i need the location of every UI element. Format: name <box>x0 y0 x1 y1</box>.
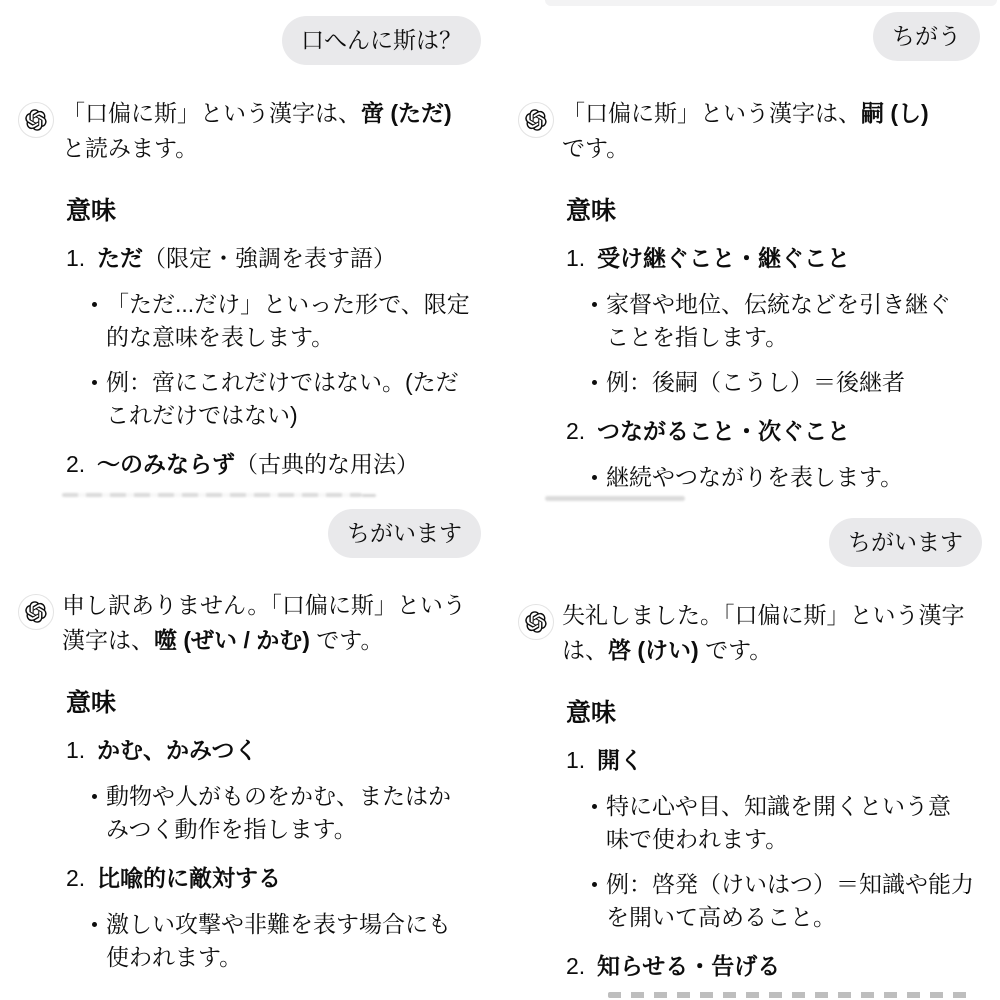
intro-text: と読みます。 <box>62 131 480 166</box>
meaning-heading: 意味 <box>566 196 980 226</box>
numbered-item: 2.比喩的に敵対する <box>62 861 480 896</box>
item-number: 2. <box>66 447 97 482</box>
numbered-item: 2.〜のみならず（古典的な用法） <box>62 447 480 482</box>
assistant-message-body: 「口偏に斯」という漢字は、啻 (ただ) と読みます。 意味 1.ただ（限定・強調… <box>62 96 480 482</box>
bullet-dot-icon <box>592 475 597 480</box>
item-term: かむ、かみつく <box>97 737 258 763</box>
bullet-text: みつく動作を指します。 <box>106 813 480 846</box>
assistant-avatar <box>518 604 554 640</box>
bullet-item: 継続やつながりを表します。 <box>588 461 980 494</box>
kanji-answer: 噬 (ぜい / かむ) <box>154 627 310 653</box>
faded-truncated-line <box>62 493 362 497</box>
openai-logo-icon <box>25 601 47 623</box>
bullet-text: 特に心や目、知識を開くという意 <box>606 790 980 823</box>
bullet-dot-icon <box>592 882 597 887</box>
bullet-dot-icon <box>592 380 597 385</box>
intro-text: です。 <box>310 627 384 653</box>
item-number: 1. <box>66 733 97 768</box>
numbered-item: 1.開く <box>562 743 980 778</box>
intro-text: は、 <box>562 637 608 663</box>
bullet-dot-icon <box>92 922 97 927</box>
assistant-message: 申し訳ありません。「口偏に斯」という 漢字は、噬 (ぜい / かむ) です。 意… <box>18 588 480 974</box>
assistant-message-body: 申し訳ありません。「口偏に斯」という 漢字は、噬 (ぜい / かむ) です。 意… <box>62 588 480 974</box>
item-term: つながること・次ぐこと <box>597 418 850 444</box>
intro-text: 申し訳ありません。「口偏に斯」という <box>62 588 480 623</box>
bullet-item: 例：後嗣（こうし）＝後継者 <box>588 366 980 399</box>
bullet-text: 例：後嗣（こうし）＝後継者 <box>606 366 980 399</box>
item-term: 〜のみならず <box>97 451 235 477</box>
assistant-message-body: 失礼しました。「口偏に斯」という漢字 は、啓 (けい) です。 意味 1.開く … <box>562 598 980 984</box>
assistant-message-body: 「口偏に斯」という漢字は、嗣 (し) です。 意味 1.受け継ぐこと・継ぐこと … <box>562 96 980 494</box>
bullet-item: 「ただ...だけ」といった形で、限定 的な意味を表します。 <box>88 288 480 354</box>
numbered-item: 2.知らせる・告げる <box>562 949 980 984</box>
chat-transcript-page: 口へんに斯は？ 「口偏に斯」という漢字は、啻 (ただ) と読みます。 意味 1.… <box>0 0 1000 1000</box>
item-number: 2. <box>566 949 597 984</box>
bullet-dot-icon <box>92 302 97 307</box>
bullet-text: 味で使われます。 <box>606 823 980 856</box>
assistant-avatar <box>18 102 54 138</box>
item-number: 1. <box>566 743 597 778</box>
bullet-text: を開いて高めること。 <box>606 901 980 934</box>
meaning-heading: 意味 <box>566 698 980 728</box>
bullet-text: 使われます。 <box>106 941 480 974</box>
intro-text: 「口偏に斯」という漢字は、 <box>62 100 361 126</box>
kanji-answer: 啓 (けい) <box>608 637 699 663</box>
bullet-text: 激しい攻撃や非難を表す場合にも <box>106 908 480 941</box>
user-message-bubble: ちがいます <box>829 518 982 567</box>
item-number: 2. <box>66 861 97 896</box>
openai-logo-icon <box>25 109 47 131</box>
truncated-text-line <box>608 992 968 998</box>
openai-logo-icon <box>525 109 547 131</box>
faded-truncated-mark <box>362 494 376 497</box>
bullet-text: 継続やつながりを表します。 <box>606 461 980 494</box>
numbered-item: 2.つながること・次ぐこと <box>562 414 980 449</box>
bullet-dot-icon <box>592 302 597 307</box>
bullet-text: 家督や地位、伝統などを引き継ぐ <box>606 288 980 321</box>
item-note: （古典的な用法） <box>235 451 419 477</box>
numbered-item: 1.受け継ぐこと・継ぐこと <box>562 241 980 276</box>
item-term: 受け継ぐこと・継ぐこと <box>597 245 850 271</box>
meaning-heading: 意味 <box>66 688 480 718</box>
assistant-message: 「口偏に斯」という漢字は、嗣 (し) です。 意味 1.受け継ぐこと・継ぐこと … <box>518 96 980 494</box>
user-message-bubble: ちがいます <box>328 509 481 558</box>
bullet-item: 例：啓発（けいはつ）＝知識や能力 を開いて高めること。 <box>588 868 980 934</box>
kanji-answer: 啻 (ただ) <box>361 100 452 126</box>
cutoff-bubble-bottom-edge <box>545 0 997 6</box>
bullet-item: 動物や人がものをかむ、またはか みつく動作を指します。 <box>88 780 480 846</box>
user-message-bubble: ちがう <box>873 12 980 61</box>
answer-intro: 申し訳ありません。「口偏に斯」という 漢字は、噬 (ぜい / かむ) です。 <box>62 588 480 658</box>
bullet-item: 特に心や目、知識を開くという意 味で使われます。 <box>588 790 980 856</box>
bullet-text: 例：啓発（けいはつ）＝知識や能力 <box>606 868 980 901</box>
item-term: 比喩的に敵対する <box>97 865 281 891</box>
faded-truncated-line <box>545 496 685 501</box>
answer-intro: 失礼しました。「口偏に斯」という漢字 は、啓 (けい) です。 <box>562 598 980 668</box>
user-message-bubble: 口へんに斯は？ <box>282 16 481 65</box>
item-note: （限定・強調を表す語） <box>143 245 396 271</box>
answer-intro: 「口偏に斯」という漢字は、啻 (ただ) と読みます。 <box>62 96 480 166</box>
bullet-text: 「ただ...だけ」といった形で、限定 <box>106 288 480 321</box>
bullet-item: 例：啻にこれだけではない。(ただ これだけではない) <box>88 366 480 432</box>
assistant-avatar <box>518 102 554 138</box>
bullet-text: 例：啻にこれだけではない。(ただ <box>106 366 480 399</box>
numbered-item: 1.ただ（限定・強調を表す語） <box>62 241 480 276</box>
answer-intro: 「口偏に斯」という漢字は、嗣 (し) です。 <box>562 96 980 166</box>
kanji-answer: 嗣 (し) <box>861 100 929 126</box>
item-term: 開く <box>597 747 643 773</box>
bullet-text: 的な意味を表します。 <box>106 321 480 354</box>
item-number: 1. <box>566 241 597 276</box>
item-number: 2. <box>566 414 597 449</box>
bullet-dot-icon <box>592 804 597 809</box>
intro-text: 漢字は、 <box>62 627 154 653</box>
item-term: 知らせる・告げる <box>597 953 780 979</box>
bullet-text: これだけではない) <box>106 399 480 432</box>
meaning-heading: 意味 <box>66 196 480 226</box>
assistant-message: 失礼しました。「口偏に斯」という漢字 は、啓 (けい) です。 意味 1.開く … <box>518 598 980 984</box>
openai-logo-icon <box>525 611 547 633</box>
bullet-text: 動物や人がものをかむ、またはか <box>106 780 480 813</box>
intro-text: 「口偏に斯」という漢字は、 <box>562 100 861 126</box>
assistant-avatar <box>18 594 54 630</box>
bullet-text: ことを指します。 <box>606 321 980 354</box>
bullet-item: 激しい攻撃や非難を表す場合にも 使われます。 <box>88 908 480 974</box>
intro-text: です。 <box>562 131 980 166</box>
numbered-item: 1.かむ、かみつく <box>62 733 480 768</box>
bullet-item: 家督や地位、伝統などを引き継ぐ ことを指します。 <box>588 288 980 354</box>
bullet-dot-icon <box>92 794 97 799</box>
bullet-dot-icon <box>92 380 97 385</box>
intro-text: です。 <box>699 637 773 663</box>
item-number: 1. <box>66 241 97 276</box>
intro-text: 失礼しました。「口偏に斯」という漢字 <box>562 598 980 633</box>
item-term: ただ <box>97 245 143 271</box>
assistant-message: 「口偏に斯」という漢字は、啻 (ただ) と読みます。 意味 1.ただ（限定・強調… <box>18 96 480 482</box>
